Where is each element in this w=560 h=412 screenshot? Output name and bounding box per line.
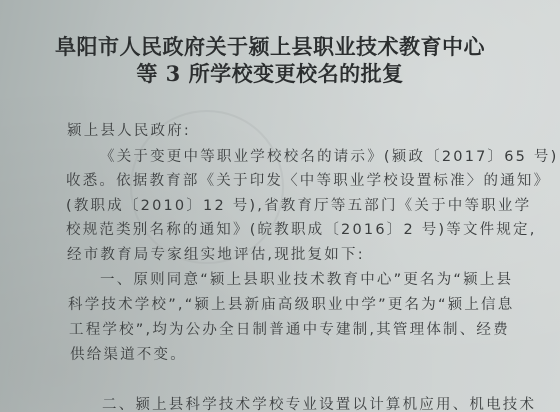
body-line-1: 《关于变更中等职业学校校名的请示》(颍政〔2017〕65 号) <box>100 148 558 166</box>
body-line-5: 经市教育局专家组实地评估,现批复如下: <box>67 246 365 264</box>
body-line-9: 供给渠道不变。 <box>70 346 187 364</box>
document-title-line-2: 等 3 所学校变更校名的批复 <box>0 61 550 87</box>
body-line-6: 一、原则同意“颍上县职业技术教育中心”更名为“颍上县 <box>100 271 513 289</box>
document-title-line-1: 阜阳市人民政府关于颍上县职业技术教育中心 <box>0 34 550 60</box>
body-line-2: 收悉。依据教育部《关于印发〈中等职业学校设置标准〉的通知》 <box>66 172 550 190</box>
body-line-10: 二、颍上县科学技术学校专业设置以计算机应用、机电技术 <box>102 396 536 412</box>
body-line-8: 工程学校”,均为公办全日制普通中专建制,其管理体制、经费 <box>69 321 510 339</box>
body-line-3: (教职成〔2010〕12 号),省教育厅等五部门《关于中等职业学 <box>66 197 531 215</box>
body-line-7: 科学技术学校”,“颍上县新庙高级职业中学”更名为“颍上信息 <box>68 296 514 314</box>
body-line-4: 校规范类别名称的通知》(皖教职成〔2016〕2 号)等文件规定, <box>66 221 537 239</box>
salutation: 颍上县人民政府: <box>67 122 191 140</box>
